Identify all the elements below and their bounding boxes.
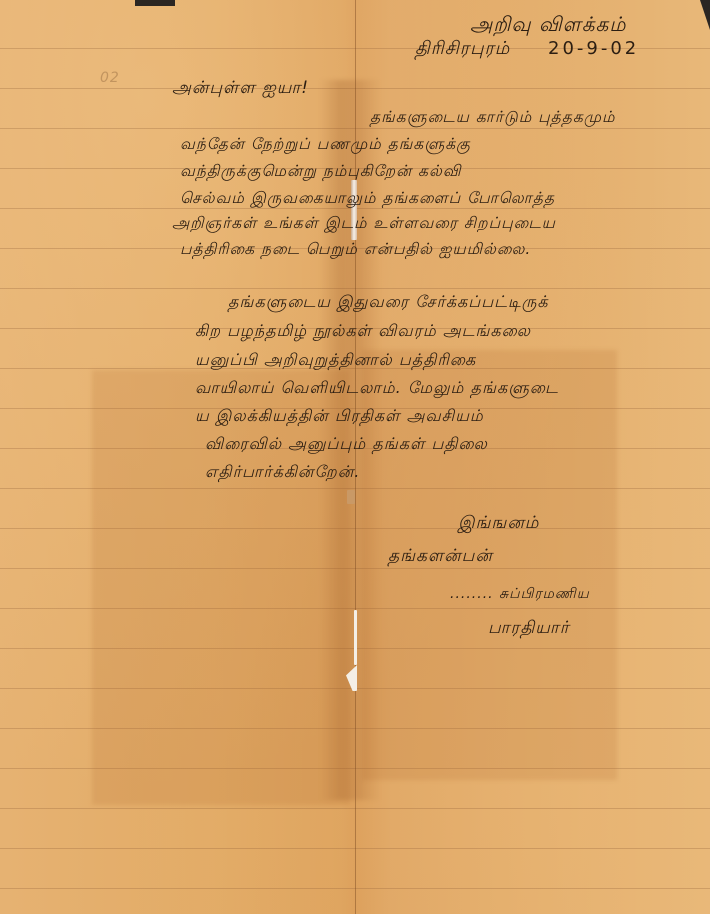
paragraph-line: வந்திருக்குமென்று நம்புகிறேன் கல்வி xyxy=(180,162,461,182)
paragraph-line: யனுப்பி அறிவுறுத்தினால் பத்திரிகை xyxy=(195,350,476,371)
paragraph-line: வந்தேன் நேற்றுப் பணமும் தங்களுக்கு xyxy=(180,135,471,155)
paragraph-line: கிற பழந்தமிழ் நூல்கள் விவரம் அடங்கலை xyxy=(195,321,531,342)
paragraph-line: விரைவில் அனுப்பும் தங்கள் பதிலை xyxy=(205,434,488,455)
paragraph-line: தங்களுடைய இதுவரை சேர்க்கப்பட்டிருக் xyxy=(228,292,549,313)
organization-name: அறிவு விளக்கம் xyxy=(470,12,626,39)
letter-date: 20-9-02 xyxy=(548,38,639,59)
place-name: திரிசிரபுரம் xyxy=(415,38,510,61)
paragraph-line: ய இலக்கியத்தின் பிரதிகள் அவசியம் xyxy=(195,406,484,427)
closing-regards: தங்களன்பன் xyxy=(388,546,493,568)
paragraph-line: எதிர்பார்க்கின்றேன். xyxy=(205,462,360,483)
paragraph-line: அறிஞர்கள் உங்கள் இடம் உள்ளவரை சிறப்புடைய xyxy=(172,214,556,234)
signature: பாரதியார் xyxy=(488,618,570,640)
closing-phrase: இங்ஙனம் xyxy=(458,513,539,535)
signature-first-name: ........ சுப்பிரமணிய xyxy=(450,586,590,604)
ghost-bleedthrough-text: 02 xyxy=(100,70,120,86)
paragraph-line: வாயிலாய் வெளியிடலாம். மேலும் தங்களுடை xyxy=(195,378,559,399)
paragraph-line: பத்திரிகை நடை பெறும் என்பதில் ஐயமில்லை. xyxy=(180,240,531,260)
paragraph-line: செல்வம் இருவகையாலும் தங்களைப் போலொத்த xyxy=(180,189,555,209)
paragraph-line: தங்களுடைய கார்டும் புத்தகமும் xyxy=(370,108,615,128)
scan-edge-top-left xyxy=(135,0,175,6)
paper-tape-mark xyxy=(347,490,355,504)
paper-tear-lower xyxy=(354,610,357,665)
salutation: அன்புள்ள ஐயா! xyxy=(172,78,309,100)
